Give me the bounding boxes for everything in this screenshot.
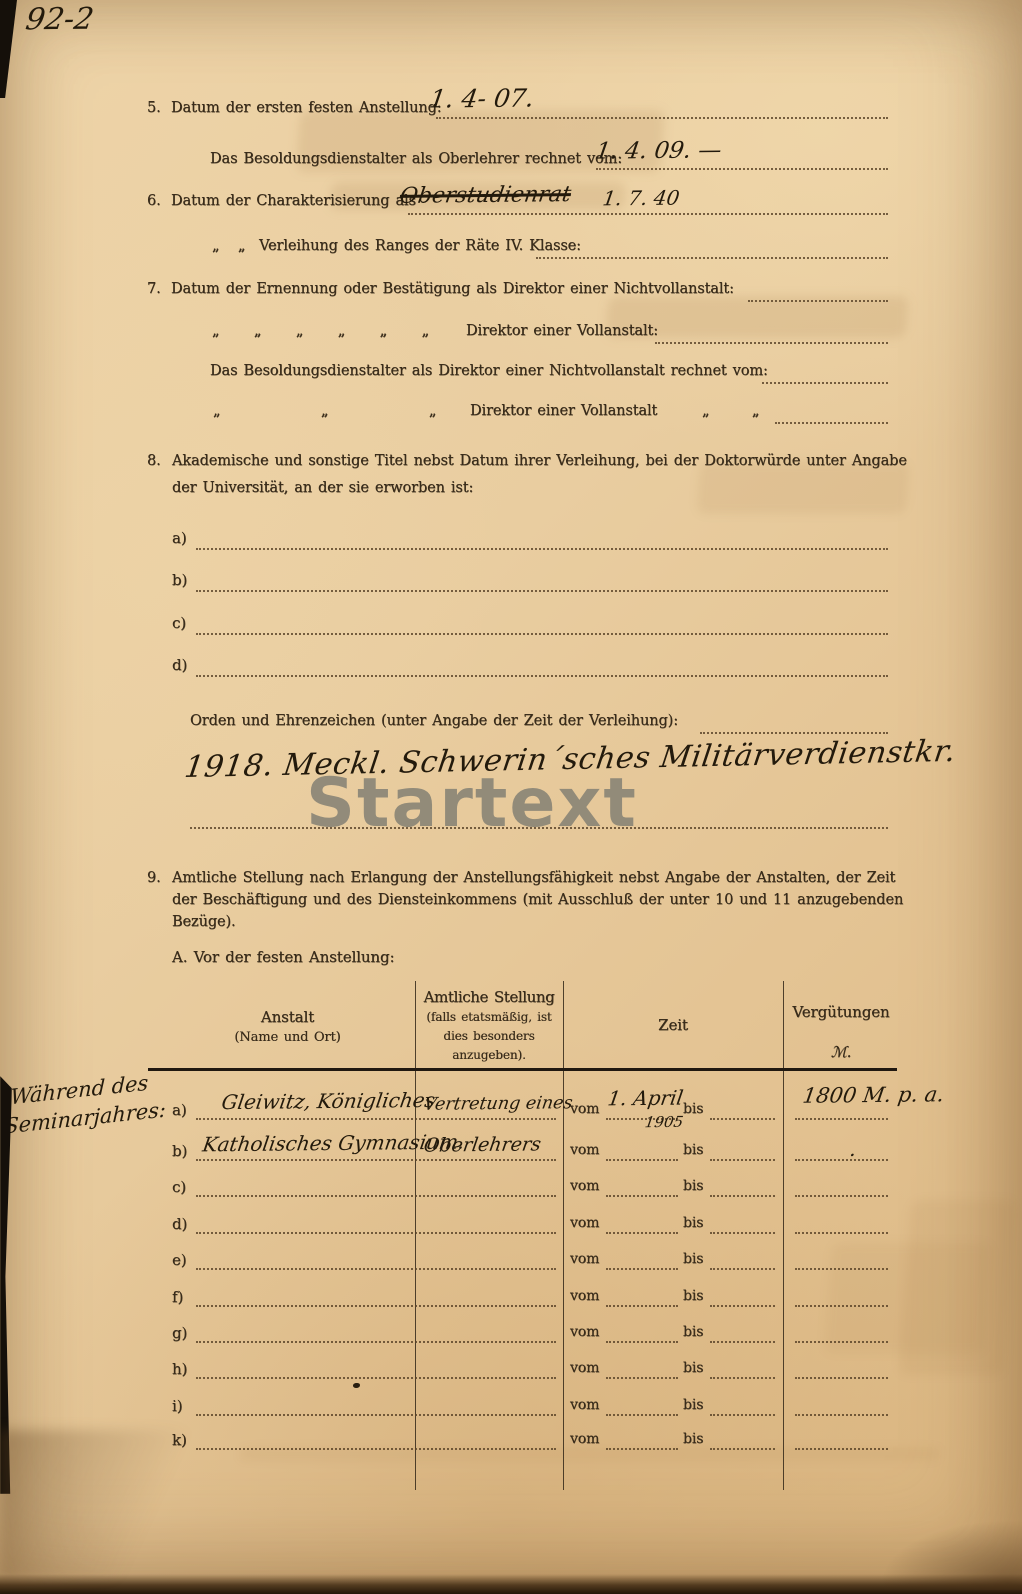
- fill-line: [710, 1287, 775, 1307]
- fill-line: [710, 1100, 775, 1120]
- fill-line: [196, 1250, 556, 1270]
- fill-line: [196, 1177, 556, 1197]
- row-label: d): [172, 1215, 187, 1234]
- vom-label: vom: [570, 1324, 599, 1342]
- vom-label: vom: [570, 1101, 599, 1119]
- bis-label: bis: [683, 1360, 703, 1378]
- fill-line: [408, 195, 888, 215]
- fill-line: [436, 99, 888, 119]
- ditto-marks: „ „ „ „ „ „: [212, 322, 429, 340]
- fill-line: [190, 809, 888, 829]
- vom-label: vom: [570, 1288, 599, 1306]
- row-label: c): [172, 1178, 186, 1197]
- col-header-anstalt-sub: (Name und Ort): [160, 1030, 415, 1046]
- table-row: i) vom bis: [0, 1396, 1022, 1432]
- fill-line: [795, 1214, 888, 1234]
- fill-line: [196, 1214, 556, 1234]
- fill-line: [710, 1177, 775, 1197]
- direktor-vollanstalt-label-2: Direktor einer Vollanstalt: [470, 402, 657, 420]
- item6-label: Datum der Charakterisierung als: [171, 192, 416, 210]
- fill-line: [196, 530, 888, 550]
- item5-number: 5.: [147, 99, 161, 117]
- fill-line: [596, 150, 888, 170]
- besoldung-oberlehrer-label: Das Besoldungsdienstalter als Oberlehrer…: [210, 150, 622, 168]
- row-label: e): [172, 1251, 187, 1270]
- row-label: h): [172, 1360, 187, 1379]
- table-row: h) vom bis: [0, 1359, 1022, 1395]
- fill-line: [795, 1396, 888, 1416]
- bis-label: bis: [683, 1142, 703, 1160]
- list-label-d: d): [172, 656, 187, 675]
- scan-shadow-bottom-left: [0, 1430, 240, 1580]
- fill-line: [606, 1250, 678, 1270]
- table-row: d) vom bis: [0, 1214, 1022, 1250]
- col-header-stellung-sub1: (falls etatsmäßig, ist: [414, 1010, 564, 1025]
- zeit-year-handwritten: 1905: [644, 1113, 685, 1131]
- ditto-marks: „ „: [212, 237, 245, 255]
- vom-label: vom: [570, 1360, 599, 1378]
- fill-line: [795, 1141, 888, 1161]
- table-row: a) vom bis Gleiwitz, Königliches Vertret…: [0, 1100, 1022, 1136]
- fill-line: [196, 1359, 556, 1379]
- col-header-stellung-sub2: dies besonders: [414, 1029, 564, 1044]
- fill-line: [775, 404, 888, 424]
- fill-line: [196, 1396, 556, 1416]
- bis-label: bis: [683, 1251, 703, 1269]
- item6-number: 6.: [147, 192, 161, 210]
- fill-line: [196, 1287, 556, 1307]
- fill-line: [762, 364, 888, 384]
- fill-line: [196, 572, 888, 592]
- table-row: f) vom bis: [0, 1287, 1022, 1323]
- fill-line: [795, 1430, 888, 1450]
- bis-label: bis: [683, 1397, 703, 1415]
- bis-label: bis: [683, 1101, 703, 1119]
- col-header-verguetungen: Vergütungen: [785, 1003, 897, 1022]
- orden-label: Orden und Ehrenzeichen (unter Angabe der…: [190, 712, 678, 730]
- item8-text-line1: Akademische und sonstige Titel nebst Dat…: [172, 452, 907, 470]
- table-row: g) vom bis: [0, 1323, 1022, 1359]
- row-label: g): [172, 1324, 187, 1343]
- fill-line: [606, 1177, 678, 1197]
- direktor-vollanstalt-label: Direktor einer Vollanstalt:: [466, 322, 658, 340]
- fill-line: [795, 1177, 888, 1197]
- item5-label: Datum der ersten festen Anstellung:: [171, 99, 442, 117]
- list-label-a: a): [172, 529, 187, 548]
- table-row: b) vom bis Katholisches Gymnasium. Oberl…: [0, 1141, 1022, 1177]
- item7-line1-label: Datum der Ernennung oder Bestätigung als…: [171, 280, 734, 298]
- fill-line: [196, 1430, 556, 1450]
- fill-line: [795, 1250, 888, 1270]
- fill-line: [606, 1323, 678, 1343]
- document-page: Startext 92-2 5. Datum der ersten festen…: [0, 0, 1022, 1594]
- scan-edge-top-left: [0, 0, 17, 98]
- row-label: i): [172, 1397, 182, 1416]
- table-row: e) vom bis: [0, 1250, 1022, 1286]
- bis-label: bis: [683, 1431, 703, 1449]
- header-rule: [148, 1068, 897, 1071]
- bis-label: bis: [683, 1288, 703, 1306]
- fill-line: [196, 1323, 556, 1343]
- table-row: c) vom bis: [0, 1177, 1022, 1213]
- stellung-value-handwritten: Vertretung eines: [422, 1093, 574, 1115]
- fill-line: [710, 1323, 775, 1343]
- section-a-heading: A. Vor der festen Anstellung:: [172, 948, 394, 967]
- vom-label: vom: [570, 1251, 599, 1269]
- col-header-stellung: Amtliche Stellung: [414, 988, 564, 1007]
- item9-number: 9.: [147, 869, 161, 887]
- fill-line: [606, 1287, 678, 1307]
- fill-line: [536, 239, 888, 259]
- vom-label: vom: [570, 1215, 599, 1233]
- vom-label: vom: [570, 1397, 599, 1415]
- row-label: b): [172, 1142, 187, 1161]
- list-label-c: c): [172, 614, 186, 633]
- vom-label: vom: [570, 1178, 599, 1196]
- fill-line: [606, 1430, 678, 1450]
- fill-line: [606, 1396, 678, 1416]
- verguetung-value-handwritten: 1800 M. p. a.: [801, 1082, 946, 1107]
- list-label-b: b): [172, 571, 187, 590]
- fill-line: [748, 282, 888, 302]
- fill-line: [795, 1359, 888, 1379]
- row-label: f): [172, 1288, 183, 1307]
- fill-line: [655, 324, 888, 344]
- fill-line: [196, 657, 888, 677]
- fill-line: [795, 1323, 888, 1343]
- vom-label: vom: [570, 1142, 599, 1160]
- item9-text-line3: Bezüge).: [172, 913, 236, 931]
- scan-shadow-bottom-right: [880, 1520, 1022, 1590]
- item9-text-line1: Amtliche Stellung nach Erlangung der Ans…: [172, 869, 895, 887]
- bis-label: bis: [683, 1215, 703, 1233]
- fill-line: [710, 1396, 775, 1416]
- fill-line: [710, 1359, 775, 1379]
- col-header-zeit: Zeit: [565, 1016, 781, 1035]
- fill-line: [196, 615, 888, 635]
- col-header-mark-sign: ℳ.: [785, 1043, 897, 1062]
- col-header-anstalt: Anstalt: [160, 1008, 415, 1027]
- vom-label: vom: [570, 1431, 599, 1449]
- fill-line: [700, 714, 888, 734]
- item8-text-line2: der Universität, an der sie erworben ist…: [172, 479, 473, 497]
- raete-klasse-label: Verleihung des Ranges der Räte IV. Klass…: [259, 237, 581, 255]
- fill-line: [606, 1141, 678, 1161]
- col-header-stellung-sub3: anzugeben).: [414, 1048, 564, 1063]
- item8-number: 8.: [147, 452, 161, 470]
- anstalt-value-handwritten: Gleiwitz, Königliches: [220, 1088, 437, 1114]
- fill-line: [710, 1430, 775, 1450]
- fill-line: [710, 1250, 775, 1270]
- besoldung-direktor-label: Das Besoldungsdienstalter als Direktor e…: [210, 362, 768, 380]
- archive-number-handwritten: 92-2: [23, 2, 96, 38]
- stellung-value-handwritten: Oberlehrers: [422, 1133, 542, 1156]
- item9-text-line2: der Beschäftigung und des Diensteinkomme…: [172, 891, 903, 909]
- ditto-marks: „ „ „: [213, 402, 436, 420]
- bis-label: bis: [683, 1324, 703, 1342]
- fill-line: [710, 1141, 775, 1161]
- fill-line: [606, 1359, 678, 1379]
- fill-line: [606, 1214, 678, 1234]
- item7-number: 7.: [147, 280, 161, 298]
- zeit-month-handwritten: 1. April: [606, 1086, 685, 1111]
- ditto-marks: „ „: [702, 402, 759, 420]
- bis-label: bis: [683, 1178, 703, 1196]
- fill-line: [710, 1214, 775, 1234]
- fill-line: [795, 1287, 888, 1307]
- row-label: a): [172, 1101, 187, 1120]
